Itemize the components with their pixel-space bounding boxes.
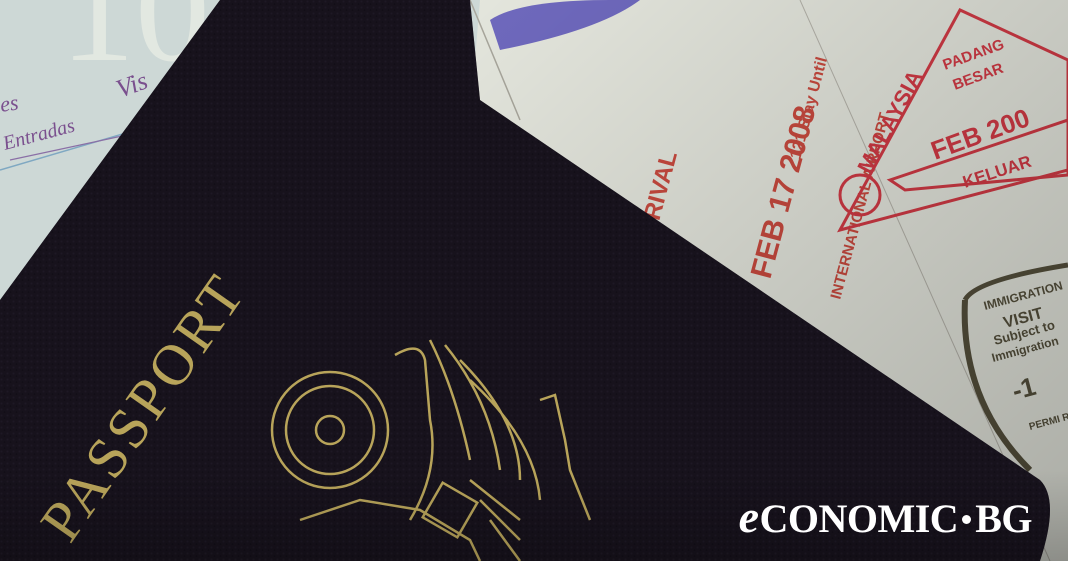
logo-dot-icon: [962, 515, 971, 524]
svg-text:ies: ies: [0, 89, 20, 117]
logo-initial: e: [739, 491, 759, 542]
passport-photo: 10 ies Entradas Vis alidas INDIA ARRIVAL…: [0, 0, 1068, 561]
economic-bg-logo[interactable]: eCONOMICBG: [739, 492, 1032, 542]
logo-suffix: BG: [975, 496, 1032, 541]
logo-main: CONOMIC: [759, 496, 958, 541]
